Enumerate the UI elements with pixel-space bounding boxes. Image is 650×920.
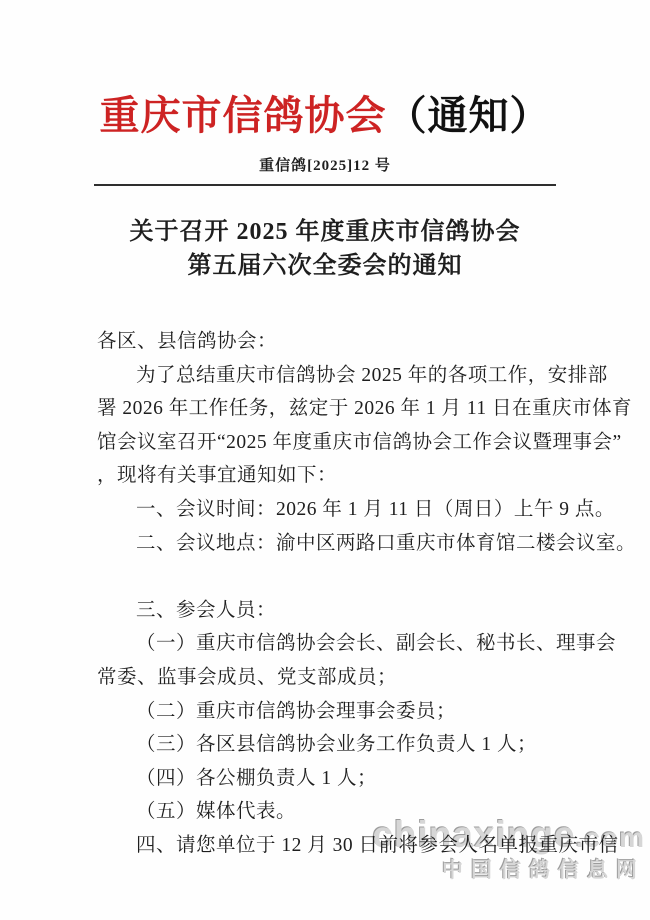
body-line: ，现将有关事宜通知如下：	[97, 459, 580, 493]
body-line: 一、会议时间：2026 年 1 月 11 日（周日）上午 9 点。	[97, 493, 580, 527]
notice-heading: 关于召开 2025 年度重庆市信鸽协会 第五届六次全委会的通知	[0, 215, 650, 283]
document-content: 重庆市信鸽协会（通知） 重信鸽[2025]12 号 关于召开 2025 年度重庆…	[0, 0, 650, 863]
body-line: 各区、县信鸽协会：	[97, 325, 580, 359]
org-name: 重庆市信鸽协会	[100, 93, 387, 138]
body-line: 为了总结重庆市信鸽协会 2025 年的各项工作，安排部	[97, 359, 580, 393]
page-title: 重庆市信鸽协会（通知）	[0, 0, 650, 141]
body-line: 署 2026 年工作任务，兹定于 2026 年 1 月 11 日在重庆市体育	[97, 392, 580, 426]
notice-document-page: chinaxinge.com 中国信鸽信息网 重庆市信鸽协会（通知） 重信鸽[2…	[0, 0, 650, 920]
body-line: 四、请您单位于 12 月 30 日前将参会人名单报重庆市信	[97, 829, 580, 863]
notice-heading-line1: 关于召开 2025 年度重庆市信鸽协会	[0, 215, 650, 249]
body-line: （三）各区县信鸽协会业务工作负责人 1 人；	[97, 728, 580, 762]
body-line: （一）重庆市信鸽协会会长、副会长、秘书长、理事会	[97, 627, 580, 661]
notice-body: 各区、县信鸽协会：为了总结重庆市信鸽协会 2025 年的各项工作，安排部署 20…	[97, 325, 580, 863]
body-line: （二）重庆市信鸽协会理事会委员；	[97, 695, 580, 729]
body-line: 二、会议地点：渝中区两路口重庆市体育馆二楼会议室。	[97, 527, 580, 561]
document-number: 重信鸽[2025]12 号	[0, 154, 650, 175]
body-line: 常委、监事会成员、党支部成员；	[97, 661, 580, 695]
body-line: （五）媒体代表。	[97, 795, 580, 829]
body-line: 三、参会人员：	[97, 594, 580, 628]
title-suffix: （通知）	[387, 93, 551, 138]
notice-heading-line2: 第五届六次全委会的通知	[0, 249, 650, 283]
body-blank-line	[97, 560, 580, 594]
body-line: 馆会议室召开“2025 年度重庆市信鸽协会工作会议暨理事会”	[97, 426, 580, 460]
header-divider	[94, 184, 556, 186]
body-line: （四）各公棚负责人 1 人；	[97, 762, 580, 796]
